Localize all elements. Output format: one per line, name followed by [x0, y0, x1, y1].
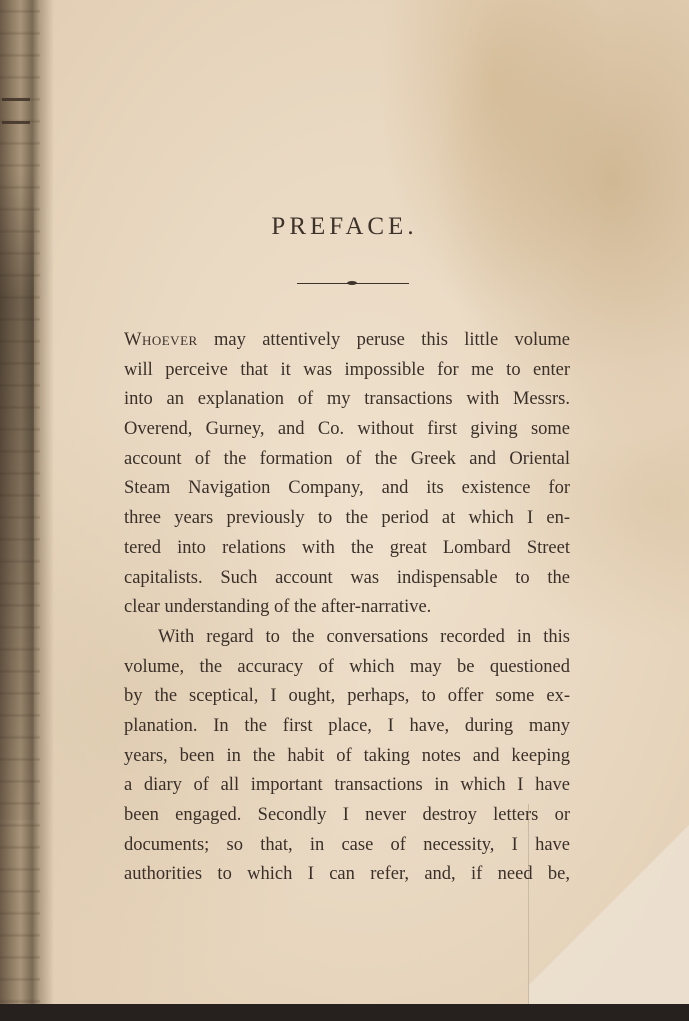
text-line: planation. In the first place, I have, d… — [124, 712, 570, 742]
text-line: volume, the accuracy of which may be que… — [124, 653, 570, 683]
text-line: a diary of all important transactions in… — [124, 771, 570, 801]
spine-decoration — [2, 98, 30, 124]
text-line: tered into relations with the great Lomb… — [124, 534, 570, 564]
text-line: capitalists. Such account was indispensa… — [124, 564, 570, 594]
preface-body: Whoever may attentively peruse this litt… — [124, 326, 570, 890]
text-line: Whoever may attentively peruse this litt… — [124, 326, 570, 356]
text-line: Overend, Gurney, and Co. without first g… — [124, 415, 570, 445]
small-caps-lead: Whoever — [124, 330, 198, 350]
divider-ornament-icon — [347, 281, 357, 285]
text-line: been engaged. Secondly I never destroy l… — [124, 801, 570, 831]
text-line: will perceive that it was impossible for… — [124, 356, 570, 386]
text-line: account of the formation of the Greek an… — [124, 445, 570, 475]
text-line: authorities to which I can refer, and, i… — [124, 860, 570, 890]
spine-wear — [0, 170, 34, 820]
page-title: PREFACE. — [0, 213, 689, 241]
text-line: documents; so that, in case of necessity… — [124, 831, 570, 861]
text-line: Steam Navigation Company, and its existe… — [124, 474, 570, 504]
text-line: clear understanding of the after-narrati… — [124, 593, 570, 623]
text-line: three years previously to the period at … — [124, 504, 570, 534]
text-line: With regard to the conversations recorde… — [124, 623, 570, 653]
scan-background — [0, 1004, 689, 1021]
text-line: years, been in the habit of taking notes… — [124, 742, 570, 772]
text-line: into an explanation of my transactions w… — [124, 385, 570, 415]
text-line: by the sceptical, I ought, perhaps, to o… — [124, 682, 570, 712]
